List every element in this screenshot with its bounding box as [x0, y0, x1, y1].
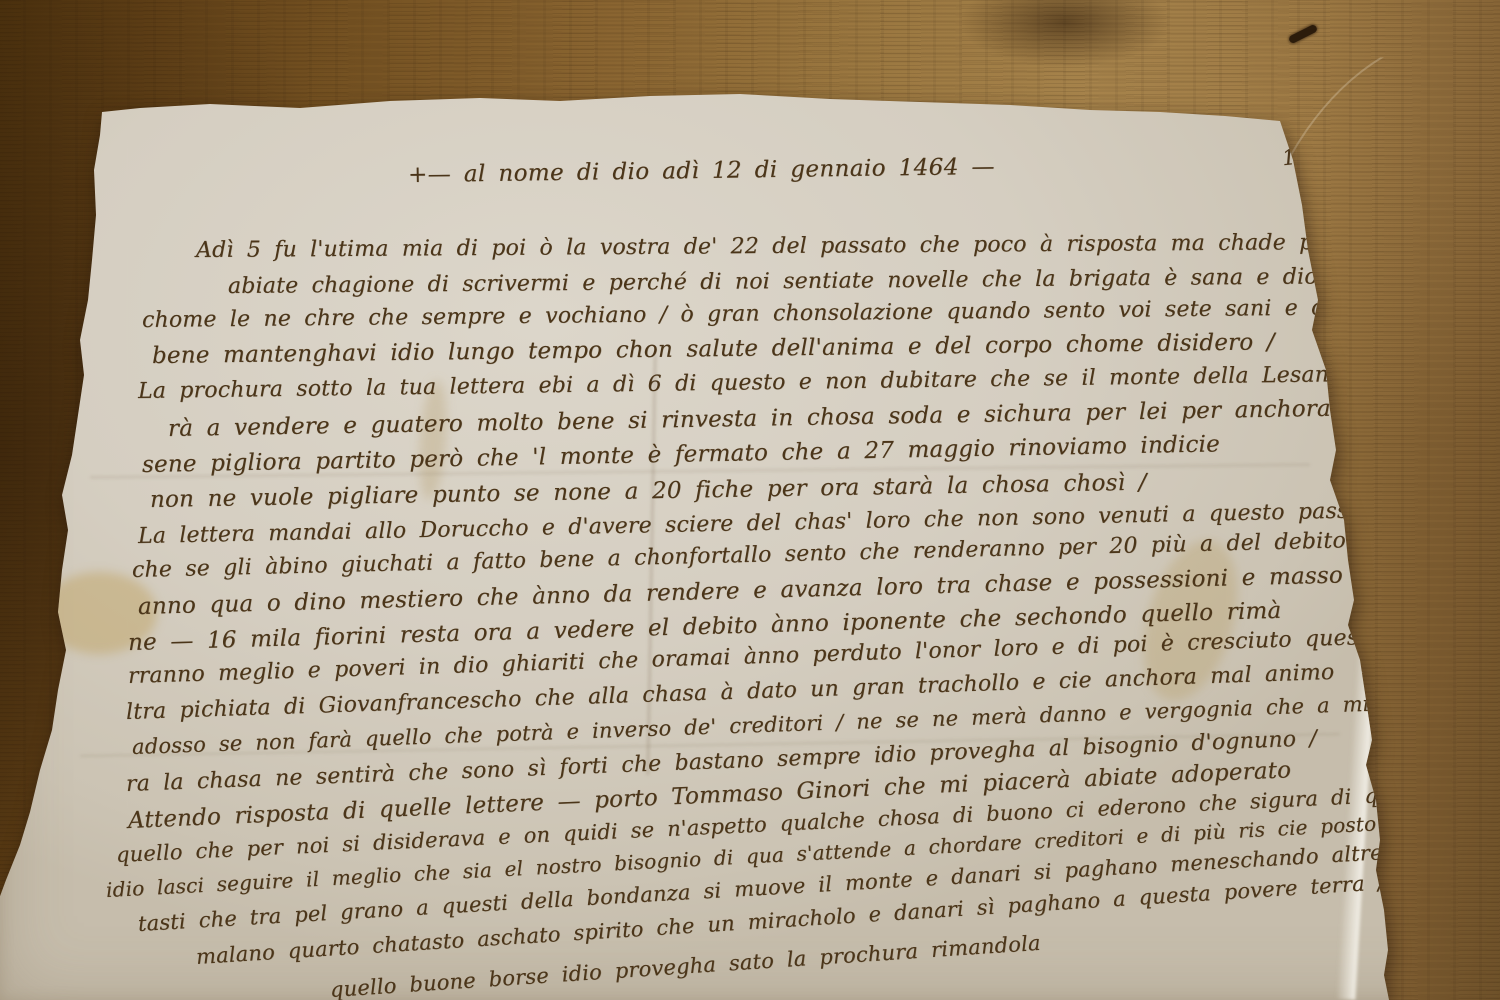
folio-number: 114 [1281, 142, 1326, 170]
manuscript-page: +— al nome di dio adì 12 di gennaio 1464… [0, 0, 1500, 1000]
photo-scene: +— al nome di dio adì 12 di gennaio 1464… [0, 0, 1500, 1000]
manuscript-sheet-wrapper: +— al nome di dio adì 12 di gennaio 1464… [0, 0, 1500, 1000]
